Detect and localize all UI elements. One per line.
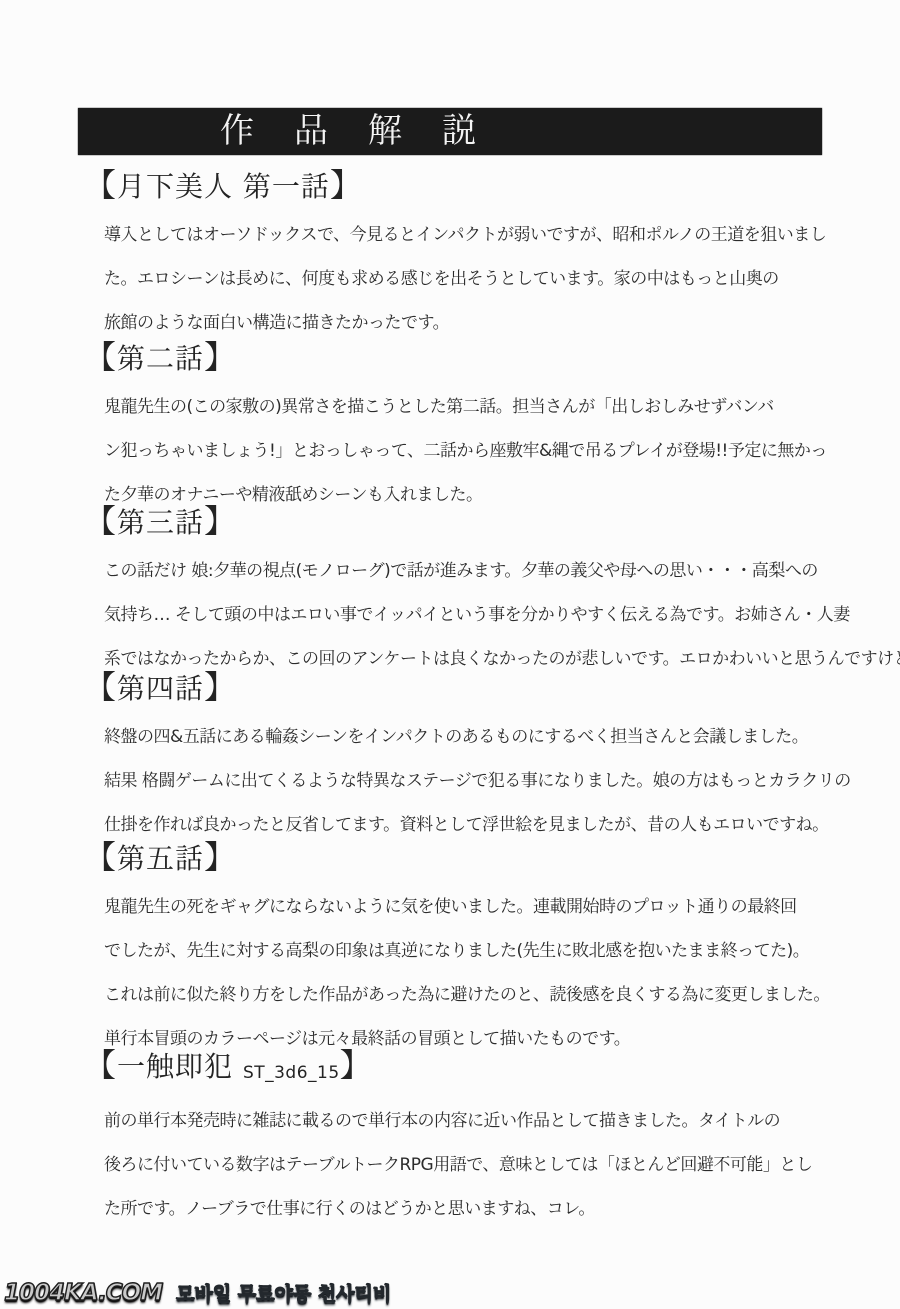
section-episode-5: 【第五話】 鬼龍先生の死をギャグにならないように気を使いました。連載開始時のプロ… [84,838,874,1061]
text-line: 気持ち… そして頭の中はエロい事でイッパイという事を分かりやすく伝える為です。お… [104,593,874,637]
text-line: 終盤の四&五話にある輪姦シーンをインパクトのあるものにするべく担当さんと会議しま… [104,715,874,759]
heading-bracket-open: 【 [84,838,117,876]
heading-bracket-close: 】 [204,502,237,540]
watermark: 1004KA.COM 모바일 무료야동 천사티비 [4,1279,391,1306]
heading-bracket-open: 【 [84,166,117,204]
text-line: 導入としてはオーソドックスで、今見るとインパクトが弱いですが、昭和ポルノの王道を… [104,213,874,257]
heading-bracket-close: 】 [204,668,237,706]
text-line: 鬼龍先生の(この家敷の)異常さを描こうとした第二話。担当さんが「出しおしみせずバ… [104,385,874,429]
heading-bracket-open: 【 [84,1046,117,1084]
section-heading: 【第五話】 [84,838,874,878]
heading-title: 第五話 [117,842,204,875]
section-heading: 【第二話】 [84,338,874,378]
heading-title: 一触即犯 [117,1050,233,1083]
text-line: た所です。ノーブラで仕事に行くのはどうかと思いますね、コレ。 [104,1187,874,1231]
text-line: 結果 格闘ゲームに出てくるような特異なステージで犯る事になりました。娘の方はもっ… [104,759,874,803]
section-episode-2: 【第二話】 鬼龍先生の(この家敷の)異常さを描こうとした第二話。担当さんが「出し… [84,338,874,517]
heading-bracket-open: 【 [84,668,117,706]
text-line: た。エロシーンは長めに、何度も求める感じを出そうとしています。家の中はもっと山奥… [104,257,874,301]
heading-bracket-close: 】 [204,838,237,876]
section-episode-4: 【第四話】 終盤の四&五話にある輪姦シーンをインパクトのあるものにするべく担当さ… [84,668,874,847]
heading-title: 第二話 [117,342,204,375]
text-line: この話だけ 娘:夕華の視点(モノローグ)で話が進みます。夕華の義父や母への思い・… [104,549,874,593]
text-line: でしたが、先生に対する高梨の印象は真逆になりました(先生に敗北感を抱いたまま終っ… [104,929,874,973]
page-title: 作品解説 [78,108,822,155]
section-paragraph: 鬼龍先生の(この家敷の)異常さを描こうとした第二話。担当さんが「出しおしみせずバ… [84,385,874,517]
text-line: 鬼龍先生の死をギャグにならないように気を使いました。連載開始時のプロット通りの最… [104,885,874,929]
heading-title: 第四話 [117,672,204,705]
heading-title: 第三話 [117,506,204,539]
scanned-page: 作品解説 【月下美人 第一話】 導入としてはオーソドックスで、今見るとインパクト… [0,0,900,1309]
heading-bracket-close: 】 [330,166,363,204]
heading-bracket-close: 】 [204,338,237,376]
section-paragraph: 鬼龍先生の死をギャグにならないように気を使いました。連載開始時のプロット通りの最… [84,885,874,1061]
heading-bracket-open: 【 [84,338,117,376]
heading-subtitle: ST_3d6_15 [243,1063,340,1083]
text-line: これは前に似た終り方をした作品があった為に避けたのと、読後感を良くする為に変更し… [104,973,874,1017]
title-banner: 作品解説 [78,108,822,155]
text-line: ン犯っちゃいましょう!」とおっしゃって、二話から座敷牢&縄で吊るプレイが登場!!… [104,429,874,473]
heading-bracket-open: 【 [84,502,117,540]
text-line: 前の単行本発売時に雑誌に載るので単行本の内容に近い作品として描きました。タイトル… [104,1099,874,1143]
section-paragraph: 導入としてはオーソドックスで、今見るとインパクトが弱いですが、昭和ポルノの王道を… [84,213,874,345]
section-episode-1: 【月下美人 第一話】 導入としてはオーソドックスで、今見るとインパクトが弱いです… [84,166,874,345]
watermark-tagline: 모바일 무료야동 천사티비 [176,1279,391,1306]
heading-bracket-close: 】 [340,1046,373,1084]
watermark-site-url: 1004KA.COM [4,1280,162,1306]
section-heading: 【月下美人 第一話】 [84,166,874,206]
section-episode-3: 【第三話】 この話だけ 娘:夕華の視点(モノローグ)で話が進みます。夕華の義父や… [84,502,874,681]
heading-title: 月下美人 第一話 [117,170,330,203]
section-heading: 【一触即犯 ST_3d6_15】 [84,1046,874,1092]
text-line: 後ろに付いている数字はテーブルトークRPG用語で、意味としては「ほとんど回避不可… [104,1143,874,1187]
section-paragraph: 前の単行本発売時に雑誌に載るので単行本の内容に近い作品として描きました。タイトル… [84,1099,874,1231]
section-heading: 【第四話】 [84,668,874,708]
section-paragraph: この話だけ 娘:夕華の視点(モノローグ)で話が進みます。夕華の義父や母への思い・… [84,549,874,681]
section-heading: 【第三話】 [84,502,874,542]
section-paragraph: 終盤の四&五話にある輪姦シーンをインパクトのあるものにするべく担当さんと会議しま… [84,715,874,847]
section-isshoku-sokuhan: 【一触即犯 ST_3d6_15】 前の単行本発売時に雑誌に載るので単行本の内容に… [84,1046,874,1231]
